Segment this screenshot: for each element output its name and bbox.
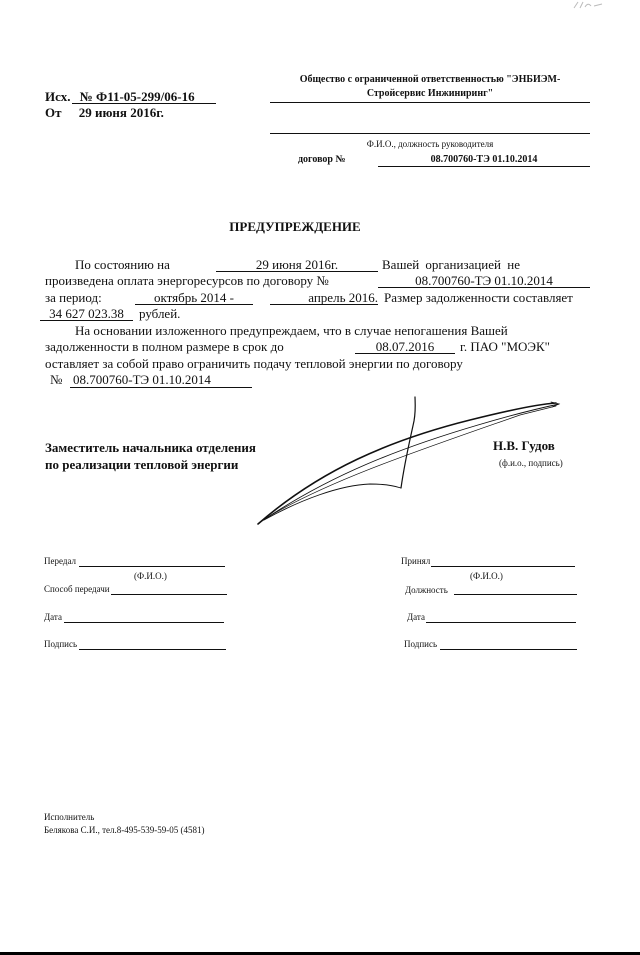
passed-fio-caption: (Ф.И.О.) [134,571,167,581]
date-value: 29 июня 2016г. [79,105,164,120]
outgoing-number-value: № Ф11-05-299/06-16 [80,89,195,104]
executor-label: Исполнитель [44,812,94,822]
p1-text-b: Вашей организацией не [382,257,520,273]
recipient-line-1: Общество с ограниченной ответственностью… [270,74,590,85]
p1-contract-underline [378,287,590,288]
right-signature-label: Подпись [404,639,437,649]
p1-status-date-underline [216,271,378,272]
signatory-name: Н.В. Гудов [493,438,555,454]
p1-period-from-underline [135,304,253,305]
p1-debt-amount-underline [40,320,133,321]
signatory-caption: (ф.и.о., подпись) [499,458,563,468]
received-field[interactable] [431,566,575,567]
p2-line-2a: задолженности в полном размере в срок до [45,339,284,355]
p2-line-1: На основании изложенного предупреждаем, … [75,323,508,339]
left-date-field[interactable] [64,622,224,623]
p2-number-sign: № [50,372,62,388]
date-label: От [45,105,62,120]
left-signature-label: Подпись [44,639,77,649]
executor-contact: Белякова С.И., тел.8-495-539-59-05 (4581… [44,825,205,835]
p1-period-label: за период: [45,290,102,306]
p1-period-to-underline [270,304,378,305]
method-label: Способ передачи [44,584,110,594]
signatory-position-2: по реализации тепловой энергии [45,457,238,473]
contract-underline [378,166,590,167]
method-field[interactable] [111,594,227,595]
p2-line-3: оставляет за собой право ограничить пода… [45,356,463,372]
p2-line-2b: г. ПАО "МОЭК" [460,339,550,355]
right-date-field[interactable] [426,622,576,623]
received-fio-caption: (Ф.И.О.) [470,571,503,581]
p2-contract-underline [70,387,252,388]
left-date-label: Дата [44,612,62,622]
p1-text-a: По состоянию на [75,257,170,273]
outgoing-number-underline [72,103,216,104]
recipient-underline [270,102,590,103]
p2-contract: 08.700760-ТЭ 01.10.2014 [73,372,211,388]
received-label: Принял [401,556,430,566]
p1-currency: рублей. [139,306,180,322]
p1-text-c: произведена оплата энергоресурсов по дог… [45,273,329,289]
right-signature-field[interactable] [440,649,577,650]
left-signature-field[interactable] [79,649,226,650]
passed-label: Передал [44,556,76,566]
letter-date: От 29 июня 2016г. [45,105,164,121]
head-caption: Ф.И.О., должность руководителя [270,139,590,149]
scan-mark-icon [572,0,612,10]
head-name-underline [270,133,590,134]
position-field[interactable] [454,594,577,595]
right-date-label: Дата [407,612,425,622]
document-title: ПРЕДУПРЕЖДЕНИЕ [0,219,590,235]
signatory-position-1: Заместитель начальника отделения [45,440,256,456]
contract-value: 08.700760-ТЭ 01.10.2014 [378,154,590,165]
recipient-line-2: Стройсервис Инжиниринг" [270,88,590,99]
position-label: Должность [405,585,448,595]
outgoing-label: Исх. [45,89,70,104]
p2-deadline-underline [355,353,455,354]
passed-field[interactable] [79,566,225,567]
contract-label: договор № [298,154,346,165]
p1-debt-label: Размер задолженности составляет [384,290,573,306]
